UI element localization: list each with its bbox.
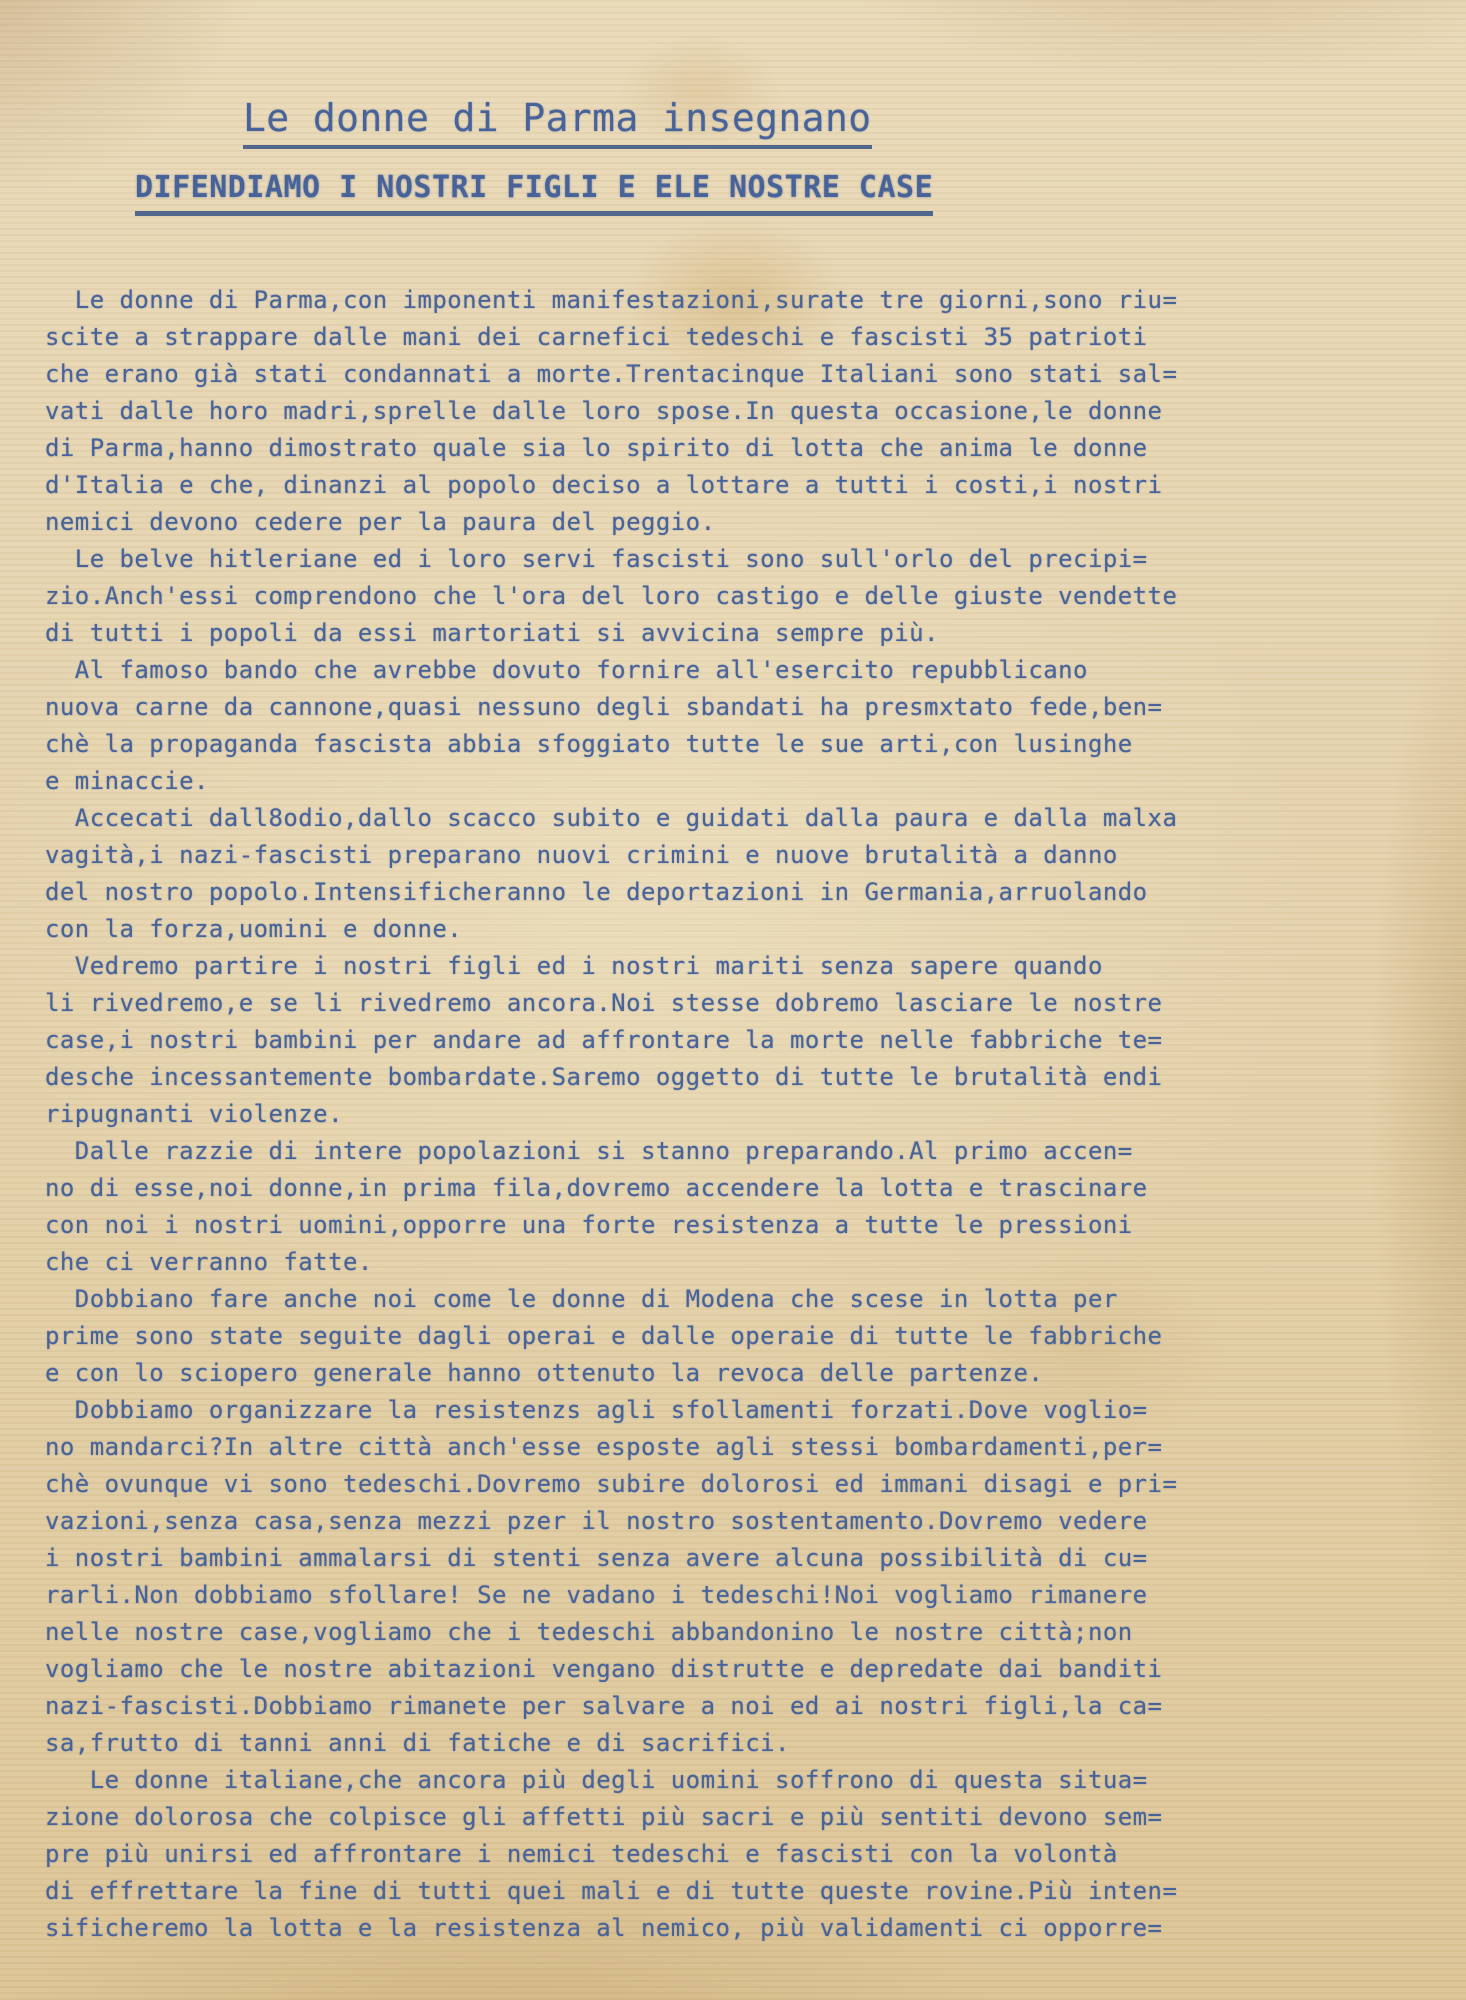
body-line: con la forza,uomini e donne. [45,911,1205,948]
body-line: del nostro popolo.Intensificheranno le d… [45,874,1205,911]
body-line: e con lo sciopero generale hanno ottenut… [45,1355,1205,1392]
body-line: vazioni,senza casa,senza mezzi pzer il n… [45,1503,1205,1540]
body-line: vati dalle horo madri,sprelle dalle loro… [45,393,1205,430]
body-line: pre più unirsi ed affrontare i nemici te… [45,1836,1205,1873]
body-line: ripugnanti violenze. [45,1096,1205,1133]
body-line: chè ovunque vi sono tedeschi.Dovremo sub… [45,1466,1205,1503]
body-line: Vedremo partire i nostri figli ed i nost… [45,948,1205,985]
body-line: desche incessantemente bombardate.Saremo… [45,1059,1205,1096]
body-line: sificheremo la lotta e la resistenza al … [45,1910,1205,1947]
body-line: Dalle razzie di intere popolazioni si st… [45,1133,1205,1170]
body-line: che erano già stati condannati a morte.T… [45,356,1205,393]
body-line: Dobbiano fare anche noi come le donne di… [45,1281,1205,1318]
body-line: e minaccie. [45,763,1205,800]
body-line: Le donne italiane,che ancora più degli u… [45,1762,1205,1799]
document-title: Le donne di Parma insegnano [243,96,872,149]
body-line: chè la propaganda fascista abbia sfoggia… [45,726,1205,763]
body-line: nelle nostre case,vogliamo che i tedesch… [45,1614,1205,1651]
body-line: Accecati dall8odio,dallo scacco subito e… [45,800,1205,837]
body-line: case,i nostri bambini per andare ad affr… [45,1022,1205,1059]
body-line: Le donne di Parma,con imponenti manifest… [45,282,1205,319]
body-line: che ci verranno fatte. [45,1244,1205,1281]
document-heading: DIFENDIAMO I NOSTRI FIGLI E ELE NOSTRE C… [135,170,933,216]
body-line: con noi i nostri uomini,opporre una fort… [45,1207,1205,1244]
body-line: nemici devono cedere per la paura del pe… [45,504,1205,541]
body-line: prime sono state seguite dagli operai e … [45,1318,1205,1355]
body-line: no di esse,noi donne,in prima fila,dovre… [45,1170,1205,1207]
body-line: li rivedremo,e se li rivedremo ancora.No… [45,985,1205,1022]
body-line: zione dolorosa che colpisce gli affetti … [45,1799,1205,1836]
body-line: d'Italia e che, dinanzi al popolo deciso… [45,467,1205,504]
body-line: Dobbiamo organizzare la resistenzs agli … [45,1392,1205,1429]
body-line: Al famoso bando che avrebbe dovuto forni… [45,652,1205,689]
body-line: vagità,i nazi-fascisti preparano nuovi c… [45,837,1205,874]
document-body: Le donne di Parma,con imponenti manifest… [45,282,1205,1947]
body-line: di Parma,hanno dimostrato quale sia lo s… [45,430,1205,467]
body-line: zio.Anch'essi comprendono che l'ora del … [45,578,1205,615]
body-line: no mandarci?In altre città anch'esse esp… [45,1429,1205,1466]
body-line: vogliamo che le nostre abitazioni vengan… [45,1651,1205,1688]
body-line: di tutti i popoli da essi martoriati si … [45,615,1205,652]
body-line: i nostri bambini ammalarsi di stenti sen… [45,1540,1205,1577]
body-line: nazi-fascisti.Dobbiamo rimanete per salv… [45,1688,1205,1725]
body-line: scite a strappare dalle mani dei carnefi… [45,319,1205,356]
document-page: Le donne di Parma insegnano DIFENDIAMO I… [0,0,1466,2000]
body-line: di effrettare la fine di tutti quei mali… [45,1873,1205,1910]
body-line: Le belve hitleriane ed i loro servi fasc… [45,541,1205,578]
body-line: rarli.Non dobbiamo sfollare! Se ne vadan… [45,1577,1205,1614]
body-line: sa,frutto di tanni anni di fatiche e di … [45,1725,1205,1762]
body-line: nuova carne da cannone,quasi nessuno deg… [45,689,1205,726]
